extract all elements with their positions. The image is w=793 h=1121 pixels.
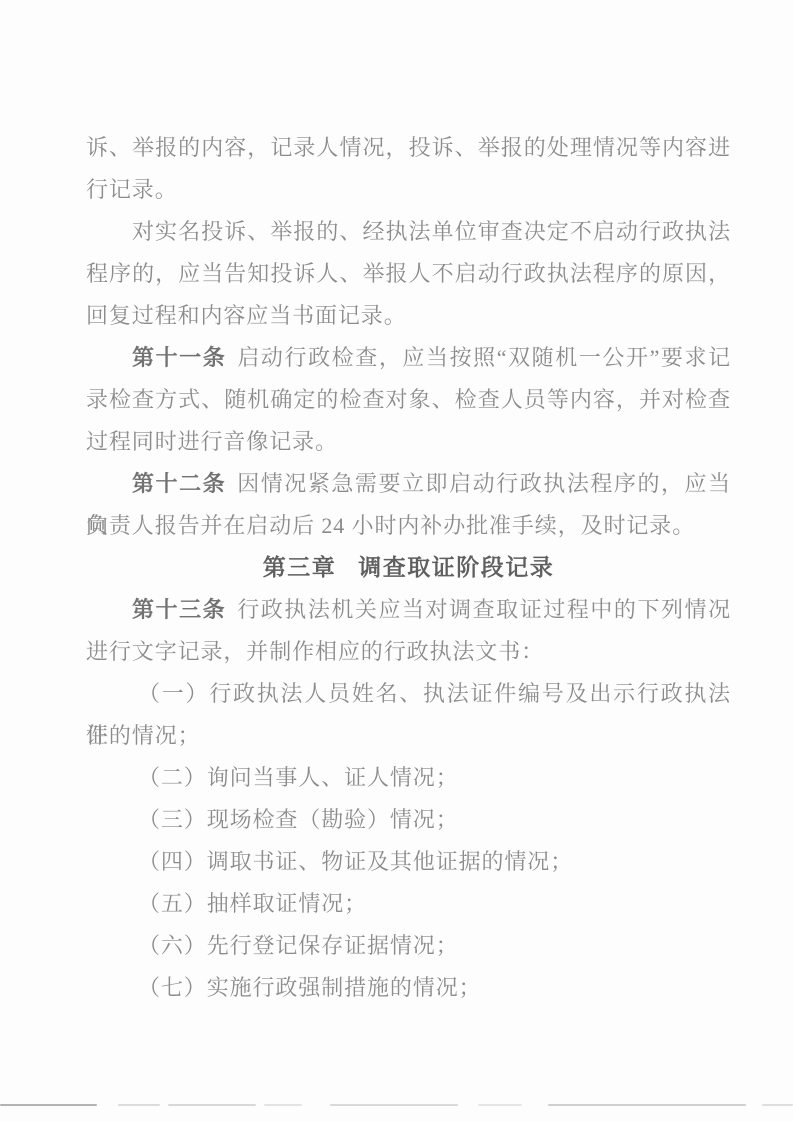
text-line: 行记录。 [86,169,731,211]
scan-artifact-segment [118,1104,160,1106]
article-11-line: 第十一条启动行政检查，应当按照“双随机一公开”要求记 [86,337,731,379]
text-line: 过程同时进行音像记录。 [86,421,731,463]
chapter-3-title: 调查取证阶段记录 [358,555,554,580]
scan-artifact-segment [478,1104,522,1106]
text-line: 启动行政检查，应当按照“双随机一公开”要求记 [237,345,731,370]
chapter-3-number: 第三章 [263,555,337,580]
list-item-5-line: （五）抽样取证情况； [86,883,731,925]
list-item-1-line: （一）行政执法人员姓名、执法证件编号及出示行政执法证 [86,673,731,715]
article-13-label: 第十三条 [132,597,226,622]
document-text-column: 诉、举报的内容，记录人情况，投诉、举报的处理情况等内容进 行记录。 对实名投诉、… [86,127,731,1009]
scan-artifact-segment [762,1104,793,1106]
article-12-label: 第十二条 [132,471,226,496]
text-line: 进行文字记录，并制作相应的行政执法文书： [86,631,731,673]
list-item-2-line: （二）询问当事人、证人情况； [86,757,731,799]
scan-artifact-segment [168,1104,256,1106]
list-item-4-line: （四）调取书证、物证及其他证据的情况； [86,841,731,883]
scan-artifact-segment [0,1104,97,1106]
chapter-3-heading: 第三章调查取证阶段记录 [86,547,731,589]
scan-artifact-segment [330,1104,458,1106]
text-line: 回复过程和内容应当书面记录。 [86,295,731,337]
text-line: 负责人报告并在启动后 24 小时内补办批准手续，及时记录。 [86,505,731,547]
article-13-line: 第十三条行政执法机关应当对调查取证过程中的下列情况 [86,589,731,631]
list-item-7-line: （七）实施行政强制措施的情况； [86,967,731,1009]
scanned-document-page: 诉、举报的内容，记录人情况，投诉、举报的处理情况等内容进 行记录。 对实名投诉、… [0,0,793,1121]
text-line: 件的情况； [86,715,731,757]
article-12-line: 第十二条因情况紧急需要立即启动行政执法程序的，应当向 [86,463,731,505]
list-item-6-line: （六）先行登记保存证据情况； [86,925,731,967]
article-11-label: 第十一条 [132,345,226,370]
text-line: 程序的，应当告知投诉人、举报人不启动行政执法程序的原因， [86,253,731,295]
text-line: 对实名投诉、举报的、经执法单位审查决定不启动行政执法 [86,211,731,253]
text-line: 行政执法机关应当对调查取证过程中的下列情况 [237,597,731,622]
text-line: 录检查方式、随机确定的检查对象、检查人员等内容，并对检查 [86,379,731,421]
list-item-3-line: （三）现场检查（勘验）情况； [86,799,731,841]
scan-artifact-segment [548,1104,746,1106]
scan-artifact-segment [264,1104,302,1106]
text-line: 诉、举报的内容，记录人情况，投诉、举报的处理情况等内容进 [86,127,731,169]
